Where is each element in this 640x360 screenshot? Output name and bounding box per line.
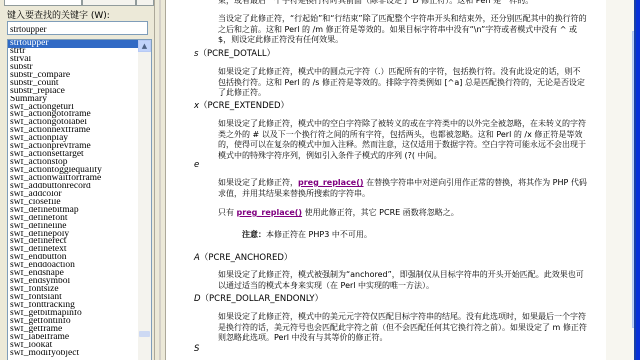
paragraph-e-only-post: 使用此修正符，其它 PCRE 函数将忽略之。 bbox=[302, 208, 459, 217]
keyword-list-item[interactable]: strtr bbox=[8, 48, 139, 56]
term-A-name: （PCRE_ANCHORED） bbox=[200, 253, 293, 263]
paragraph-e: 如果设定了此修正符，preg_replace() 在替换字符串中对逆向引用作正常… bbox=[218, 178, 588, 199]
term-x-name: （PCRE_EXTENDED） bbox=[199, 101, 289, 111]
nav-tabs bbox=[0, 0, 154, 6]
term-A: A（PCRE_ANCHORED） bbox=[194, 251, 292, 263]
keyword-list-item[interactable]: swf_fontslant bbox=[8, 294, 139, 302]
scroll-up-icon[interactable]: ▲ bbox=[138, 40, 151, 52]
keyword-list-item[interactable]: swf_endsymbol bbox=[8, 278, 139, 286]
keyword-list-item[interactable]: swf_addbuttonrecord bbox=[8, 183, 139, 191]
help-content: 束，或者最后一个字符是换行符时其前面（除非设定了 D 修正符）。这和 Perl … bbox=[166, 0, 606, 360]
keyword-list-item[interactable]: swf_actionprevframe bbox=[8, 143, 139, 151]
keyword-list-item[interactable]: swf_definefont bbox=[8, 215, 139, 223]
note-text: 本修正符在 PHP3 中不可用。 bbox=[266, 230, 372, 239]
list-scrollbar[interactable]: ▲ bbox=[138, 40, 151, 360]
window-frame-right bbox=[634, 0, 640, 360]
keyword-list-item[interactable]: swf_endshape bbox=[8, 270, 139, 278]
tab-index[interactable] bbox=[4, 0, 82, 6]
keyword-list-item[interactable]: substr_count bbox=[8, 80, 139, 88]
term-e: e bbox=[194, 160, 199, 170]
keyword-list-item[interactable]: Summary bbox=[8, 96, 139, 104]
keyword-list-item[interactable]: swf_getbitmapinfo bbox=[8, 310, 139, 318]
keyword-list-item[interactable]: swf_definebitmap bbox=[8, 207, 139, 215]
keyword-list-item[interactable]: swf_actiongotolabel bbox=[8, 119, 139, 127]
paragraph-e-only: 只有 preg_replace() 使用此修正符，其它 PCRE 函数将忽略之。 bbox=[218, 208, 588, 219]
term-S-letter: S bbox=[194, 344, 199, 354]
keyword-list-item[interactable]: substr bbox=[8, 64, 139, 72]
paragraph-D: 如果设定了此修正符，模式中的美元元字符仅匹配目标字符串的结尾。没有此选项时，如果… bbox=[218, 312, 588, 344]
paragraph-m: 当设定了此修正符，“行起始”和“行结束”除了匹配整个字符串开头和结束外，还分别匹… bbox=[218, 14, 588, 46]
keyword-list-item[interactable]: swf_definepoly bbox=[8, 231, 139, 239]
paragraph-e-only-pre: 只有 bbox=[218, 208, 237, 217]
keyword-list-item[interactable]: swf_defineline bbox=[8, 223, 139, 231]
term-x: x（PCRE_EXTENDED） bbox=[194, 99, 289, 111]
preg-replace-link[interactable]: preg_replace() bbox=[298, 178, 364, 187]
preg-replace-link-2[interactable]: preg_replace() bbox=[237, 208, 303, 217]
keyword-list-item[interactable]: swf_actionnextframe bbox=[8, 127, 139, 135]
index-panel: 键入要查找的关键字 (W): strtoupper strtoupperstrt… bbox=[0, 0, 154, 360]
keyword-list-item[interactable]: swf_closefile bbox=[8, 199, 139, 207]
keyword-list-item[interactable]: swf_actionplay bbox=[8, 135, 139, 143]
term-s-name: （PCRE_DOTALL） bbox=[198, 49, 275, 59]
keyword-list-item[interactable]: swf_fonttracking bbox=[8, 302, 139, 310]
keyword-list-item[interactable]: substr_replace bbox=[8, 88, 139, 96]
note: 注意：本修正符在 PHP3 中不可用。 bbox=[242, 230, 606, 241]
term-D-name: （PCRE_DOLLAR_ENDONLY） bbox=[201, 294, 324, 304]
keyword-list-item[interactable]: strval bbox=[8, 56, 139, 64]
paragraph-e-pre: 如果设定了此修正符， bbox=[218, 178, 298, 187]
keyword-list-item[interactable]: swf_endbutton bbox=[8, 254, 139, 262]
keyword-list-item[interactable]: swf_labelframe bbox=[8, 334, 139, 342]
keyword-list[interactable]: strtoupperstrtrstrvalsubstrsubstr_compar… bbox=[7, 39, 152, 360]
keyword-list-item[interactable]: swf_actionwaitforframe bbox=[8, 175, 139, 183]
keyword-input[interactable]: strtoupper bbox=[7, 21, 148, 35]
keyword-list-item[interactable]: swf_getframe bbox=[8, 326, 139, 334]
term-s: s（PCRE_DOTALL） bbox=[194, 47, 275, 59]
term-e-letter: e bbox=[194, 160, 199, 170]
tab-favorites[interactable] bbox=[136, 0, 154, 6]
keyword-label: 键入要查找的关键字 (W): bbox=[7, 8, 110, 21]
keyword-list-items: strtoupperstrtrstrvalsubstrsubstr_compar… bbox=[8, 40, 139, 358]
note-label: 注意： bbox=[242, 230, 266, 239]
keyword-list-item[interactable]: swf_actiongeturl bbox=[8, 104, 139, 112]
keyword-list-item[interactable]: swf_lookat bbox=[8, 342, 139, 350]
paragraph-A: 如果设定了此修正符，模式被强制为“anchored”，即强制仅从目标字符串的开头… bbox=[218, 270, 588, 291]
keyword-list-item[interactable]: swf_addcolor bbox=[8, 191, 139, 199]
paragraph-top: 束，或者最后一个字符是换行符时其前面（除非设定了 D 修正符）。这和 Perl … bbox=[218, 0, 588, 7]
keyword-list-item[interactable]: swf_definetext bbox=[8, 246, 139, 254]
paragraph-x: 如果设定了此修正符，模式中的空白字符除了被转义的或在字符类中的以外完全被忽略，在… bbox=[218, 119, 588, 161]
tab-search[interactable] bbox=[82, 0, 136, 6]
keyword-list-item[interactable]: swf_getfontinfo bbox=[8, 318, 139, 326]
list-scroll-thumb[interactable] bbox=[139, 331, 150, 337]
keyword-list-item[interactable]: substr_compare bbox=[8, 72, 139, 80]
pane-splitter[interactable] bbox=[154, 0, 166, 360]
content-scrollbar[interactable] bbox=[606, 0, 634, 360]
keyword-list-item[interactable]: swf_definerect bbox=[8, 238, 139, 246]
term-D: D（PCRE_DOLLAR_ENDONLY） bbox=[194, 292, 323, 304]
keyword-list-item[interactable]: swf_modifyobject bbox=[8, 350, 139, 358]
term-S: S bbox=[194, 344, 199, 354]
keyword-list-item[interactable]: swf_actiontogglequality bbox=[8, 167, 139, 175]
keyword-list-item[interactable]: swf_actiongotoframe bbox=[8, 111, 139, 119]
keyword-list-item[interactable]: swf_fontsize bbox=[8, 286, 139, 294]
paragraph-s: 如果设定了此修正符，模式中的圆点元字符（.）匹配所有的字符，包括换行符。没有此设… bbox=[218, 67, 588, 99]
keyword-list-item[interactable]: swf_actionsettarget bbox=[8, 151, 139, 159]
keyword-list-item[interactable]: swf_actionstop bbox=[8, 159, 139, 167]
keyword-list-item[interactable]: strtoupper bbox=[8, 40, 139, 48]
keyword-list-item[interactable]: swf_enddoaction bbox=[8, 262, 139, 270]
